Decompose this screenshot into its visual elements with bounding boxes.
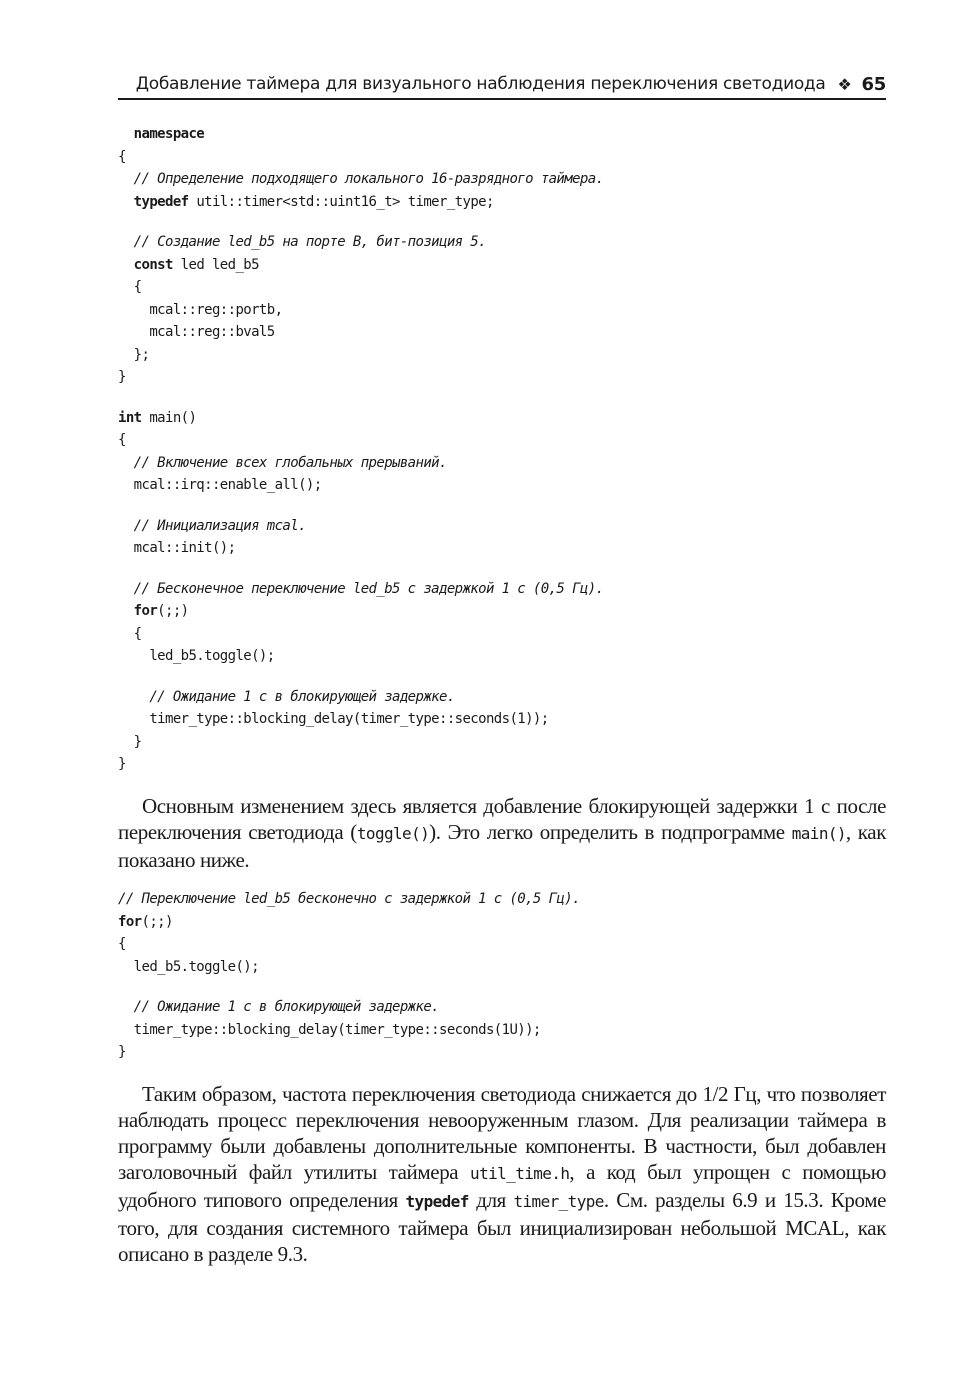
code-line xyxy=(118,668,603,686)
running-header: Добавление таймера для визуального наблю… xyxy=(118,70,886,100)
code-line: // Бесконечное переключение led_b5 с зад… xyxy=(118,578,603,601)
code-keyword: namespace xyxy=(134,126,204,142)
code-text: } xyxy=(118,1044,126,1060)
code-text: mcal::irq::enable_all(); xyxy=(134,477,322,493)
code-line: } xyxy=(118,731,603,754)
code-comment: // Ожидание 1 с в блокирующей задержке. xyxy=(134,999,439,1015)
code-line: } xyxy=(118,1041,580,1064)
code-text: led led_b5 xyxy=(173,257,259,273)
code-line: { xyxy=(118,933,580,956)
code-line: // Переключение led_b5 бесконечно с заде… xyxy=(118,888,580,911)
code-line: timer_type::blocking_delay(timer_type::s… xyxy=(118,1019,580,1042)
code-line: { xyxy=(118,429,603,452)
code-keyword: const xyxy=(134,257,173,273)
code-line: timer_type::blocking_delay(timer_type::s… xyxy=(118,708,603,731)
code-line: // Ожидание 1 с в блокирующей задержке. xyxy=(118,996,580,1019)
code-line: // Включение всех глобальных прерываний. xyxy=(118,452,603,475)
code-keyword: for xyxy=(134,603,158,619)
code-line: namespace xyxy=(118,123,603,146)
code-text: (;;) xyxy=(157,603,188,619)
code-line: for(;;) xyxy=(118,600,603,623)
code-text: } xyxy=(134,734,142,750)
code-line: led_b5.toggle(); xyxy=(118,956,580,979)
code-text: { xyxy=(134,279,142,295)
code-comment: // Ожидание 1 с в блокирующей задержке. xyxy=(149,689,454,705)
code-text: (;;) xyxy=(142,914,173,930)
code-text: mcal::init(); xyxy=(134,540,236,556)
code-listing-main: namespace{ // Определение подходящего ло… xyxy=(118,123,603,776)
code-line: { xyxy=(118,623,603,646)
inline-code: typedef xyxy=(406,1192,469,1211)
code-text: util::timer<std::uint16_t> timer_type; xyxy=(188,194,493,210)
code-line: // Ожидание 1 с в блокирующей задержке. xyxy=(118,686,603,709)
code-text: main() xyxy=(142,410,197,426)
code-line xyxy=(118,213,603,231)
code-line: mcal::irq::enable_all(); xyxy=(118,474,603,497)
code-text: { xyxy=(118,936,126,952)
code-comment: // Включение всех глобальных прерываний. xyxy=(134,455,447,471)
code-keyword: for xyxy=(118,914,142,930)
code-line: } xyxy=(118,753,603,776)
body-paragraph-2: Таким образом, частота переключения свет… xyxy=(118,1081,886,1267)
code-line: // Определение подходящего локального 16… xyxy=(118,168,603,191)
code-line xyxy=(118,560,603,578)
code-line: int main() xyxy=(118,407,603,430)
code-text: }; xyxy=(134,347,150,363)
code-line: typedef util::timer<std::uint16_t> timer… xyxy=(118,191,603,214)
code-text: led_b5.toggle(); xyxy=(149,648,274,664)
code-text: timer_type::blocking_delay(timer_type::s… xyxy=(149,711,548,727)
code-comment: // Бесконечное переключение led_b5 с зад… xyxy=(134,581,604,597)
code-keyword: int xyxy=(118,410,142,426)
body-paragraph-1: Основным изменением здесь является добав… xyxy=(118,793,886,873)
code-comment: // Создание led_b5 на порте B, бит-позиц… xyxy=(134,234,486,250)
page-number: 65 xyxy=(862,74,886,95)
code-text: } xyxy=(118,756,126,772)
running-title: Добавление таймера для визуального наблю… xyxy=(136,74,826,94)
code-line: mcal::reg::bval5 xyxy=(118,321,603,344)
code-line: mcal::reg::portb, xyxy=(118,299,603,322)
code-line xyxy=(118,389,603,407)
inline-code: util_time.h xyxy=(470,1164,569,1183)
code-listing-loop: // Переключение led_b5 бесконечно с заде… xyxy=(118,888,580,1064)
inline-code: timer_type xyxy=(513,1192,603,1211)
ornament-diamond-icon: ❖ xyxy=(838,75,852,94)
code-line: }; xyxy=(118,344,603,367)
code-comment: // Определение подходящего локального 16… xyxy=(134,171,604,187)
code-line: mcal::init(); xyxy=(118,537,603,560)
inline-code: main() xyxy=(792,824,846,843)
code-text: { xyxy=(118,149,126,165)
code-comment: // Переключение led_b5 бесконечно с заде… xyxy=(118,891,580,907)
code-keyword: typedef xyxy=(134,194,189,210)
code-line: for(;;) xyxy=(118,911,580,934)
code-text: mcal::reg::portb, xyxy=(149,302,282,318)
code-line: } xyxy=(118,366,603,389)
code-text: mcal::reg::bval5 xyxy=(149,324,274,340)
code-text: timer_type::blocking_delay(timer_type::s… xyxy=(134,1022,541,1038)
code-line: const led led_b5 xyxy=(118,254,603,277)
code-line: // Инициализация mcal. xyxy=(118,515,603,538)
code-line: { xyxy=(118,276,603,299)
code-text: { xyxy=(118,432,126,448)
code-text: } xyxy=(118,369,126,385)
code-line: // Создание led_b5 на порте B, бит-позиц… xyxy=(118,231,603,254)
code-line: led_b5.toggle(); xyxy=(118,645,603,668)
code-text: { xyxy=(134,626,142,642)
code-text: led_b5.toggle(); xyxy=(134,959,259,975)
code-line: { xyxy=(118,146,603,169)
code-line xyxy=(118,497,603,515)
code-comment: // Инициализация mcal. xyxy=(134,518,306,534)
inline-code: toggle() xyxy=(357,824,429,843)
code-line xyxy=(118,978,580,996)
